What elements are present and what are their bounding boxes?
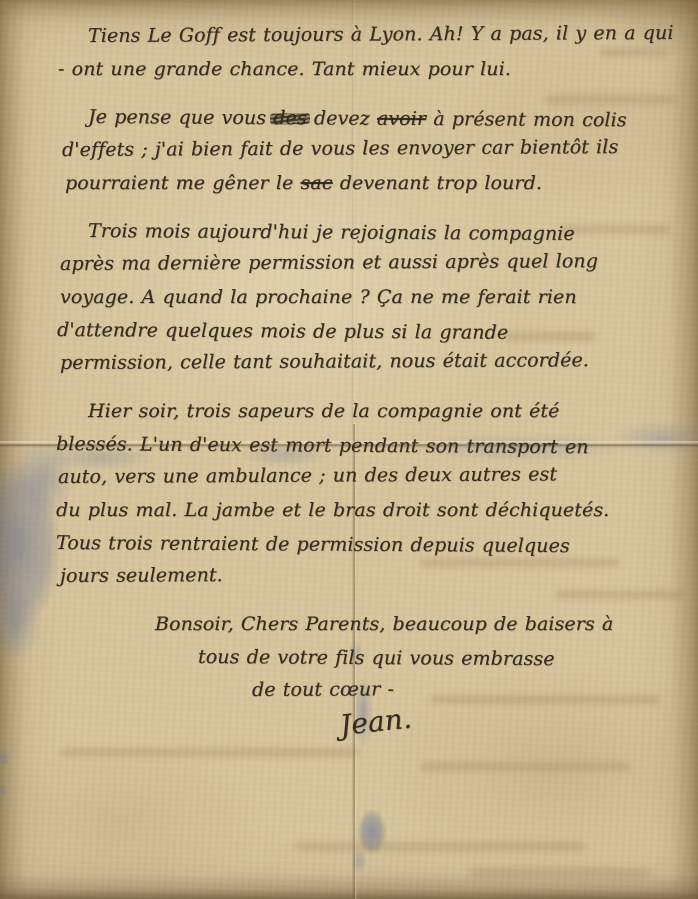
handwritten-text: voyage. A quand la prochaine ? Ça ne me …: [60, 286, 577, 308]
struck-word: avoir: [377, 108, 426, 130]
handwritten-text: de tout cœur -: [252, 678, 394, 701]
handwritten-text: après ma dernière permission et aussi ap…: [60, 250, 598, 275]
handwritten-text: jours seulement.: [60, 564, 223, 587]
handwritten-text: devez: [307, 107, 377, 129]
handwritten-text: d'effets ; j'ai bien fait de vous les en…: [62, 136, 618, 161]
handwritten-text: permission, celle tant souhaitait, nous …: [60, 349, 589, 374]
struck-word: sac: [301, 172, 333, 194]
letter-line: Tiens Le Goff est toujours à Lyon. Ah! Y…: [88, 17, 698, 53]
handwritten-text: auto, vers une ambulance ; un des deux a…: [58, 463, 557, 488]
letter-line: Bonsoir, Chers Parents, beaucoup de bais…: [155, 608, 698, 641]
handwritten-text: d'attendre quelques mois de plus si la g…: [57, 319, 508, 344]
letter-scan: Tiens Le Goff est toujours à Lyon. Ah! Y…: [0, 0, 698, 899]
ghost-smudge: [60, 748, 360, 757]
handwritten-text: Hier soir, trois sapeurs de la compagnie…: [88, 400, 559, 422]
handwritten-text: du plus mal. La jambe et le bras droit s…: [56, 499, 609, 521]
letter-line: du plus mal. La jambe et le bras droit s…: [56, 494, 698, 527]
handwritten-text: devenant trop lourd.: [333, 172, 542, 194]
letter-line: permission, celle tant souhaitait, nous …: [60, 344, 698, 380]
handwritten-text: pourraient me gêner le: [65, 172, 301, 194]
letter-line: après ma dernière permission et aussi ap…: [60, 245, 698, 281]
handwritten-text: tous de votre fils qui vous embrasse: [198, 646, 555, 670]
scribbled-out-word: des: [273, 107, 307, 129]
letter-body: Tiens Le Goff est toujours à Lyon. Ah! Y…: [0, 20, 698, 742]
letter-line: jours seulement.: [60, 557, 698, 593]
handwritten-text: Jean.: [338, 702, 413, 742]
handwritten-text: Trois mois aujourd'hui je rejoignais la …: [88, 220, 575, 245]
ghost-smudge: [295, 842, 585, 851]
handwritten-text: Tous trois rentraient de permission depu…: [56, 532, 570, 557]
letter-line: d'effets ; j'ai bien fait de vous les en…: [62, 131, 698, 167]
letter-line: Hier soir, trois sapeurs de la compagnie…: [88, 395, 698, 428]
handwritten-text: blessés. L'un d'eux est mort pendant son…: [56, 433, 589, 458]
handwritten-text: Je pense que vous: [88, 106, 273, 129]
ghost-smudge: [420, 762, 630, 771]
letter-line: - ont une grande chance. Tant mieux pour…: [58, 53, 698, 86]
letter-line: auto, vers une ambulance ; un des deux a…: [58, 458, 698, 494]
handwritten-text: Bonsoir, Chers Parents, beaucoup de bais…: [155, 613, 613, 635]
letter-line: voyage. A quand la prochaine ? Ça ne me …: [60, 281, 698, 314]
handwritten-text: Tiens Le Goff est toujours à Lyon. Ah! Y…: [88, 22, 674, 47]
handwritten-text: à présent mon colis: [426, 108, 627, 131]
handwritten-text: - ont une grande chance. Tant mieux pour…: [58, 58, 511, 80]
ghost-smudge: [470, 868, 650, 877]
letter-line: pourraient me gêner le sac devenant trop…: [65, 167, 698, 200]
